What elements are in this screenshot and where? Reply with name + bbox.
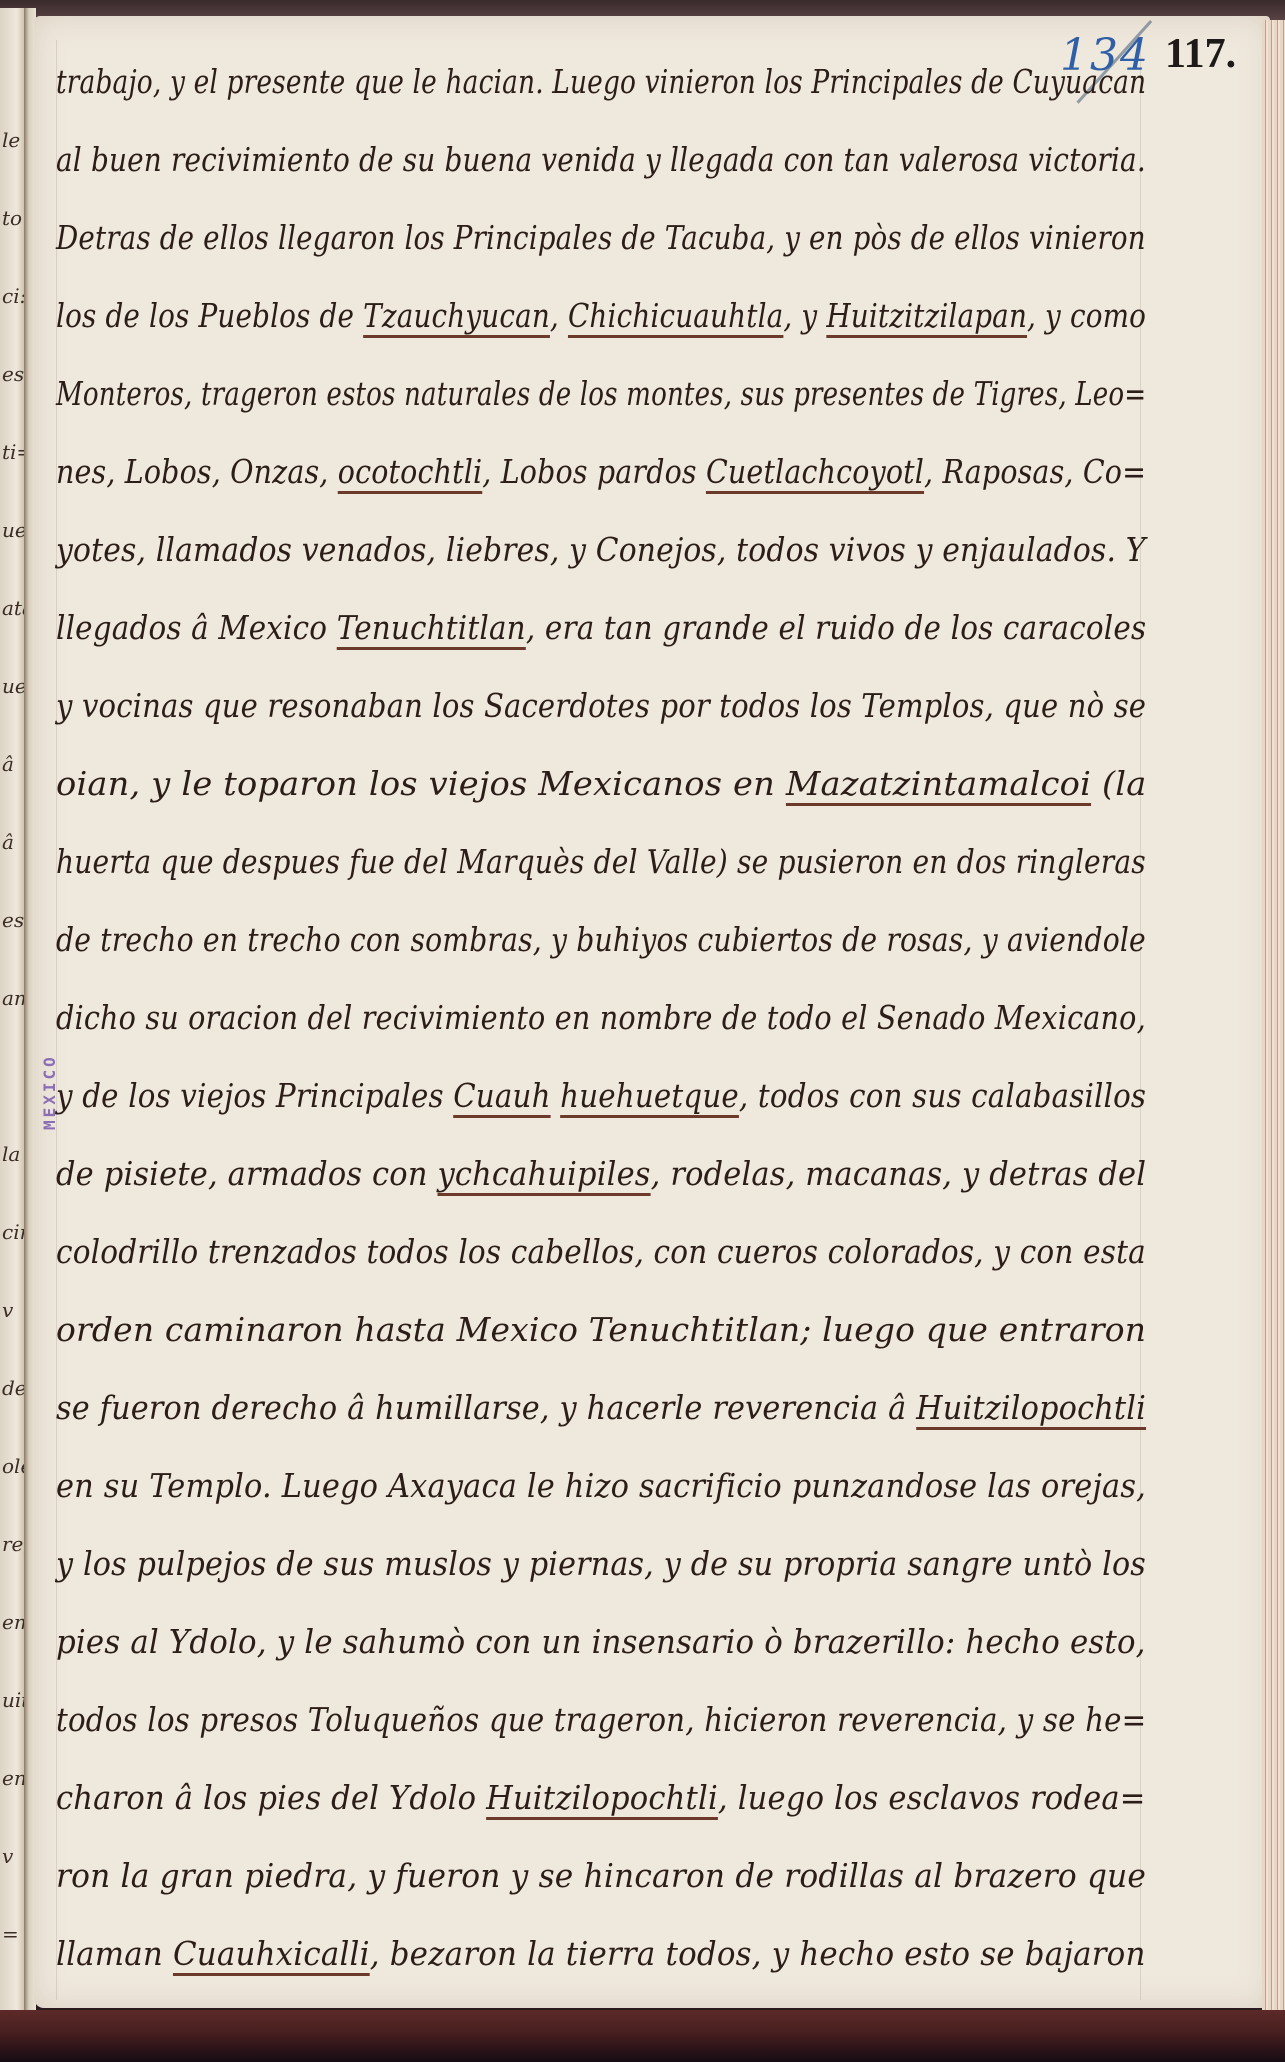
manuscript-line: pies al Ydolo, y le sahumò con un insens… [56, 1622, 1146, 1661]
line-text: (la [1091, 764, 1146, 803]
underlined-term: Huitzitzilapan [826, 296, 1027, 335]
facing-page-fragment: en [2, 1766, 24, 1790]
manuscript-line: los de los Pueblos de Tzauchyucan, Chich… [56, 296, 1146, 335]
facing-page-fragment: ti= [2, 440, 24, 464]
facing-page-fragment: la [2, 1142, 24, 1166]
line-text: y los pulpejos de sus muslos y piernas, … [56, 1544, 1146, 1583]
manuscript-line: yotes, llamados venados, liebres, y Cone… [56, 530, 1146, 569]
manuscript-line: charon â los pies del Ydolo Huitzilopoch… [56, 1778, 1146, 1817]
manuscript-line: llegados â Mexico Tenuchtitlan, era tan … [56, 608, 1146, 647]
underlined-term: Cuetlachcoyotl [706, 452, 924, 491]
manuscript-line: llaman Cuauhxicalli, bezaron la tierra t… [56, 1934, 1146, 1973]
facing-page-fragment: ci: [2, 284, 24, 308]
line-text: trabajo, y el presente que le hacian. Lu… [56, 62, 1013, 101]
underlined-term: Mazatzintamalcoi [786, 764, 1091, 803]
line-text: , y como [1027, 296, 1146, 335]
page-stack-edges [1262, 20, 1285, 2015]
line-text: , luego los esclavos rodea= [718, 1778, 1146, 1817]
facing-page-fragment: le [2, 128, 24, 152]
line-text: todos los presos Toluqueños que trageron… [56, 1700, 1146, 1739]
underlined-term: Chichicuauhtla [568, 296, 783, 335]
line-text: y de los viejos Principales [56, 1076, 453, 1115]
line-text: Monteros, trageron estos naturales de lo… [56, 374, 1146, 413]
facing-page-fragment: es, [2, 362, 24, 386]
facing-page-fragment: am [2, 986, 24, 1010]
line-text: , era tan grande el ruido de los caracol… [526, 608, 1146, 647]
line-text: dicho su oracion del recivimiento en nom… [56, 998, 1146, 1037]
manuscript-line: y de los viejos Principales Cuauh huehue… [56, 1076, 1146, 1115]
manuscript-line: y los pulpejos de sus muslos y piernas, … [56, 1544, 1146, 1583]
manuscript-line: huerta que despues fue del Marquès del V… [56, 842, 1146, 881]
facing-page-fragment: â [2, 830, 24, 854]
line-text: Cuyuacan [1013, 62, 1147, 101]
folio-number-ink: 117. [1165, 30, 1236, 78]
manuscript-line: orden caminaron hasta Mexico Tenuchtitla… [56, 1310, 1146, 1349]
facing-page-fragment: de [2, 1376, 24, 1400]
manuscript-line: colodrillo trenzados todos los cabellos,… [56, 1232, 1146, 1271]
line-text: oian, y le toparon los viejos Mexicanos … [56, 764, 786, 803]
underlined-term: Cuauhxicalli [173, 1934, 370, 1973]
facing-page-fragment: ue [2, 518, 24, 542]
line-text: , bezaron la tierra todos, y hecho esto … [370, 1934, 1146, 1973]
facing-page-fragment: ata: [2, 596, 24, 620]
line-text: al buen recivimiento de su buena venida … [56, 140, 1146, 179]
line-text: se fueron derecho â humillarse, y hacerl… [56, 1388, 916, 1427]
manuscript-line: oian, y le toparon los viejos Mexicanos … [56, 764, 1146, 803]
line-text: ron la gran piedra, y fueron y se hincar… [56, 1856, 1146, 1895]
underlined-term: huehuetque [560, 1076, 739, 1115]
line-text: , rodelas, macanas, y detras del [651, 1154, 1147, 1193]
line-text: pies al Ydolo, y le sahumò con un insens… [56, 1622, 1146, 1661]
line-text: colodrillo trenzados todos los cabellos,… [56, 1232, 1146, 1271]
line-text: , [550, 296, 568, 335]
line-text: , Raposas, Co= [924, 452, 1146, 491]
manuscript-line: y vocinas que resonaban los Sacerdotes p… [56, 686, 1146, 725]
underlined-term: ocotochtli [338, 452, 483, 491]
underlined-term: Cuauh [453, 1076, 550, 1115]
underlined-term: Huitzilopochtli [916, 1388, 1146, 1427]
facing-page-fragment: â [2, 752, 24, 776]
line-text: de pisiete, armados con [56, 1154, 437, 1193]
facing-page-edge [0, 8, 25, 2028]
line-text: llaman [56, 1934, 173, 1973]
manuscript-line: Detras de ellos llegaron los Principales… [56, 218, 1146, 257]
line-text: y vocinas que resonaban los Sacerdotes p… [56, 686, 1146, 725]
facing-page-fragment: v [2, 1298, 24, 1322]
line-text: nes, Lobos, Onzas, [56, 452, 338, 491]
book-cover-bottom [0, 2010, 1285, 2062]
manuscript-line: al buen recivimiento de su buena venida … [56, 140, 1146, 179]
manuscript-line: ron la gran piedra, y fueron y se hincar… [56, 1856, 1146, 1895]
line-text: Detras de ellos llegaron los Principales… [56, 218, 1146, 257]
manuscript-line: nes, Lobos, Onzas, ocotochtli, Lobos par… [56, 452, 1146, 491]
underlined-term: Huitzilopochtli [486, 1778, 718, 1817]
facing-page-fragment: to [2, 206, 24, 230]
line-text: yotes, llamados venados, liebres, y Cone… [56, 530, 1146, 569]
line-text: en su Templo. Luego Axayaca le hizo sacr… [56, 1466, 1146, 1505]
manuscript-line: Monteros, trageron estos naturales de lo… [56, 374, 1146, 413]
manuscript-line: de trecho en trecho con sombras, y buhiy… [56, 920, 1146, 959]
line-text: llegados â Mexico [56, 608, 337, 647]
line-text: los de los Pueblos de [56, 296, 363, 335]
underlined-term: Tzauchyucan [363, 296, 550, 335]
line-text [551, 1076, 561, 1115]
facing-page-fragment: cino [2, 1220, 24, 1244]
facing-page-fragment: ue [2, 674, 24, 698]
line-text: , Lobos pardos [482, 452, 706, 491]
facing-page-fragment: re, [2, 1532, 24, 1556]
line-text: charon â los pies del Ydolo [56, 1778, 486, 1817]
facing-page-fragment: = [2, 1922, 24, 1946]
facing-page-fragment: ole: [2, 1454, 24, 1478]
manuscript-line: de pisiete, armados con ychcahuipiles, r… [56, 1154, 1146, 1193]
facing-page-fragment: uit: [2, 1688, 24, 1712]
manuscript-line: trabajo, y el presente que le hacian. Lu… [56, 62, 1146, 101]
manuscript-line: todos los presos Toluqueños que trageron… [56, 1700, 1146, 1739]
line-text: , todos con sus calabasillos [739, 1076, 1146, 1115]
facing-page-fragment: em: [2, 1610, 24, 1634]
manuscript-line: en su Templo. Luego Axayaca le hizo sacr… [56, 1466, 1146, 1505]
underlined-term: ychcahuipiles [437, 1154, 650, 1193]
facing-page-fragment: v [2, 1844, 24, 1868]
manuscript-line: dicho su oracion del recivimiento en nom… [56, 998, 1146, 1037]
line-text: , y [783, 296, 826, 335]
underlined-term: Tenuchtitlan [337, 608, 526, 647]
line-text: huerta que despues fue del Marquès del V… [56, 842, 1146, 881]
facing-page-fragment: es [2, 908, 24, 932]
manuscript-line: se fueron derecho â humillarse, y hacerl… [56, 1388, 1146, 1427]
line-text: orden caminaron hasta Mexico Tenuchtitla… [56, 1310, 1146, 1349]
line-text: de trecho en trecho con sombras, y buhiy… [56, 920, 1146, 959]
